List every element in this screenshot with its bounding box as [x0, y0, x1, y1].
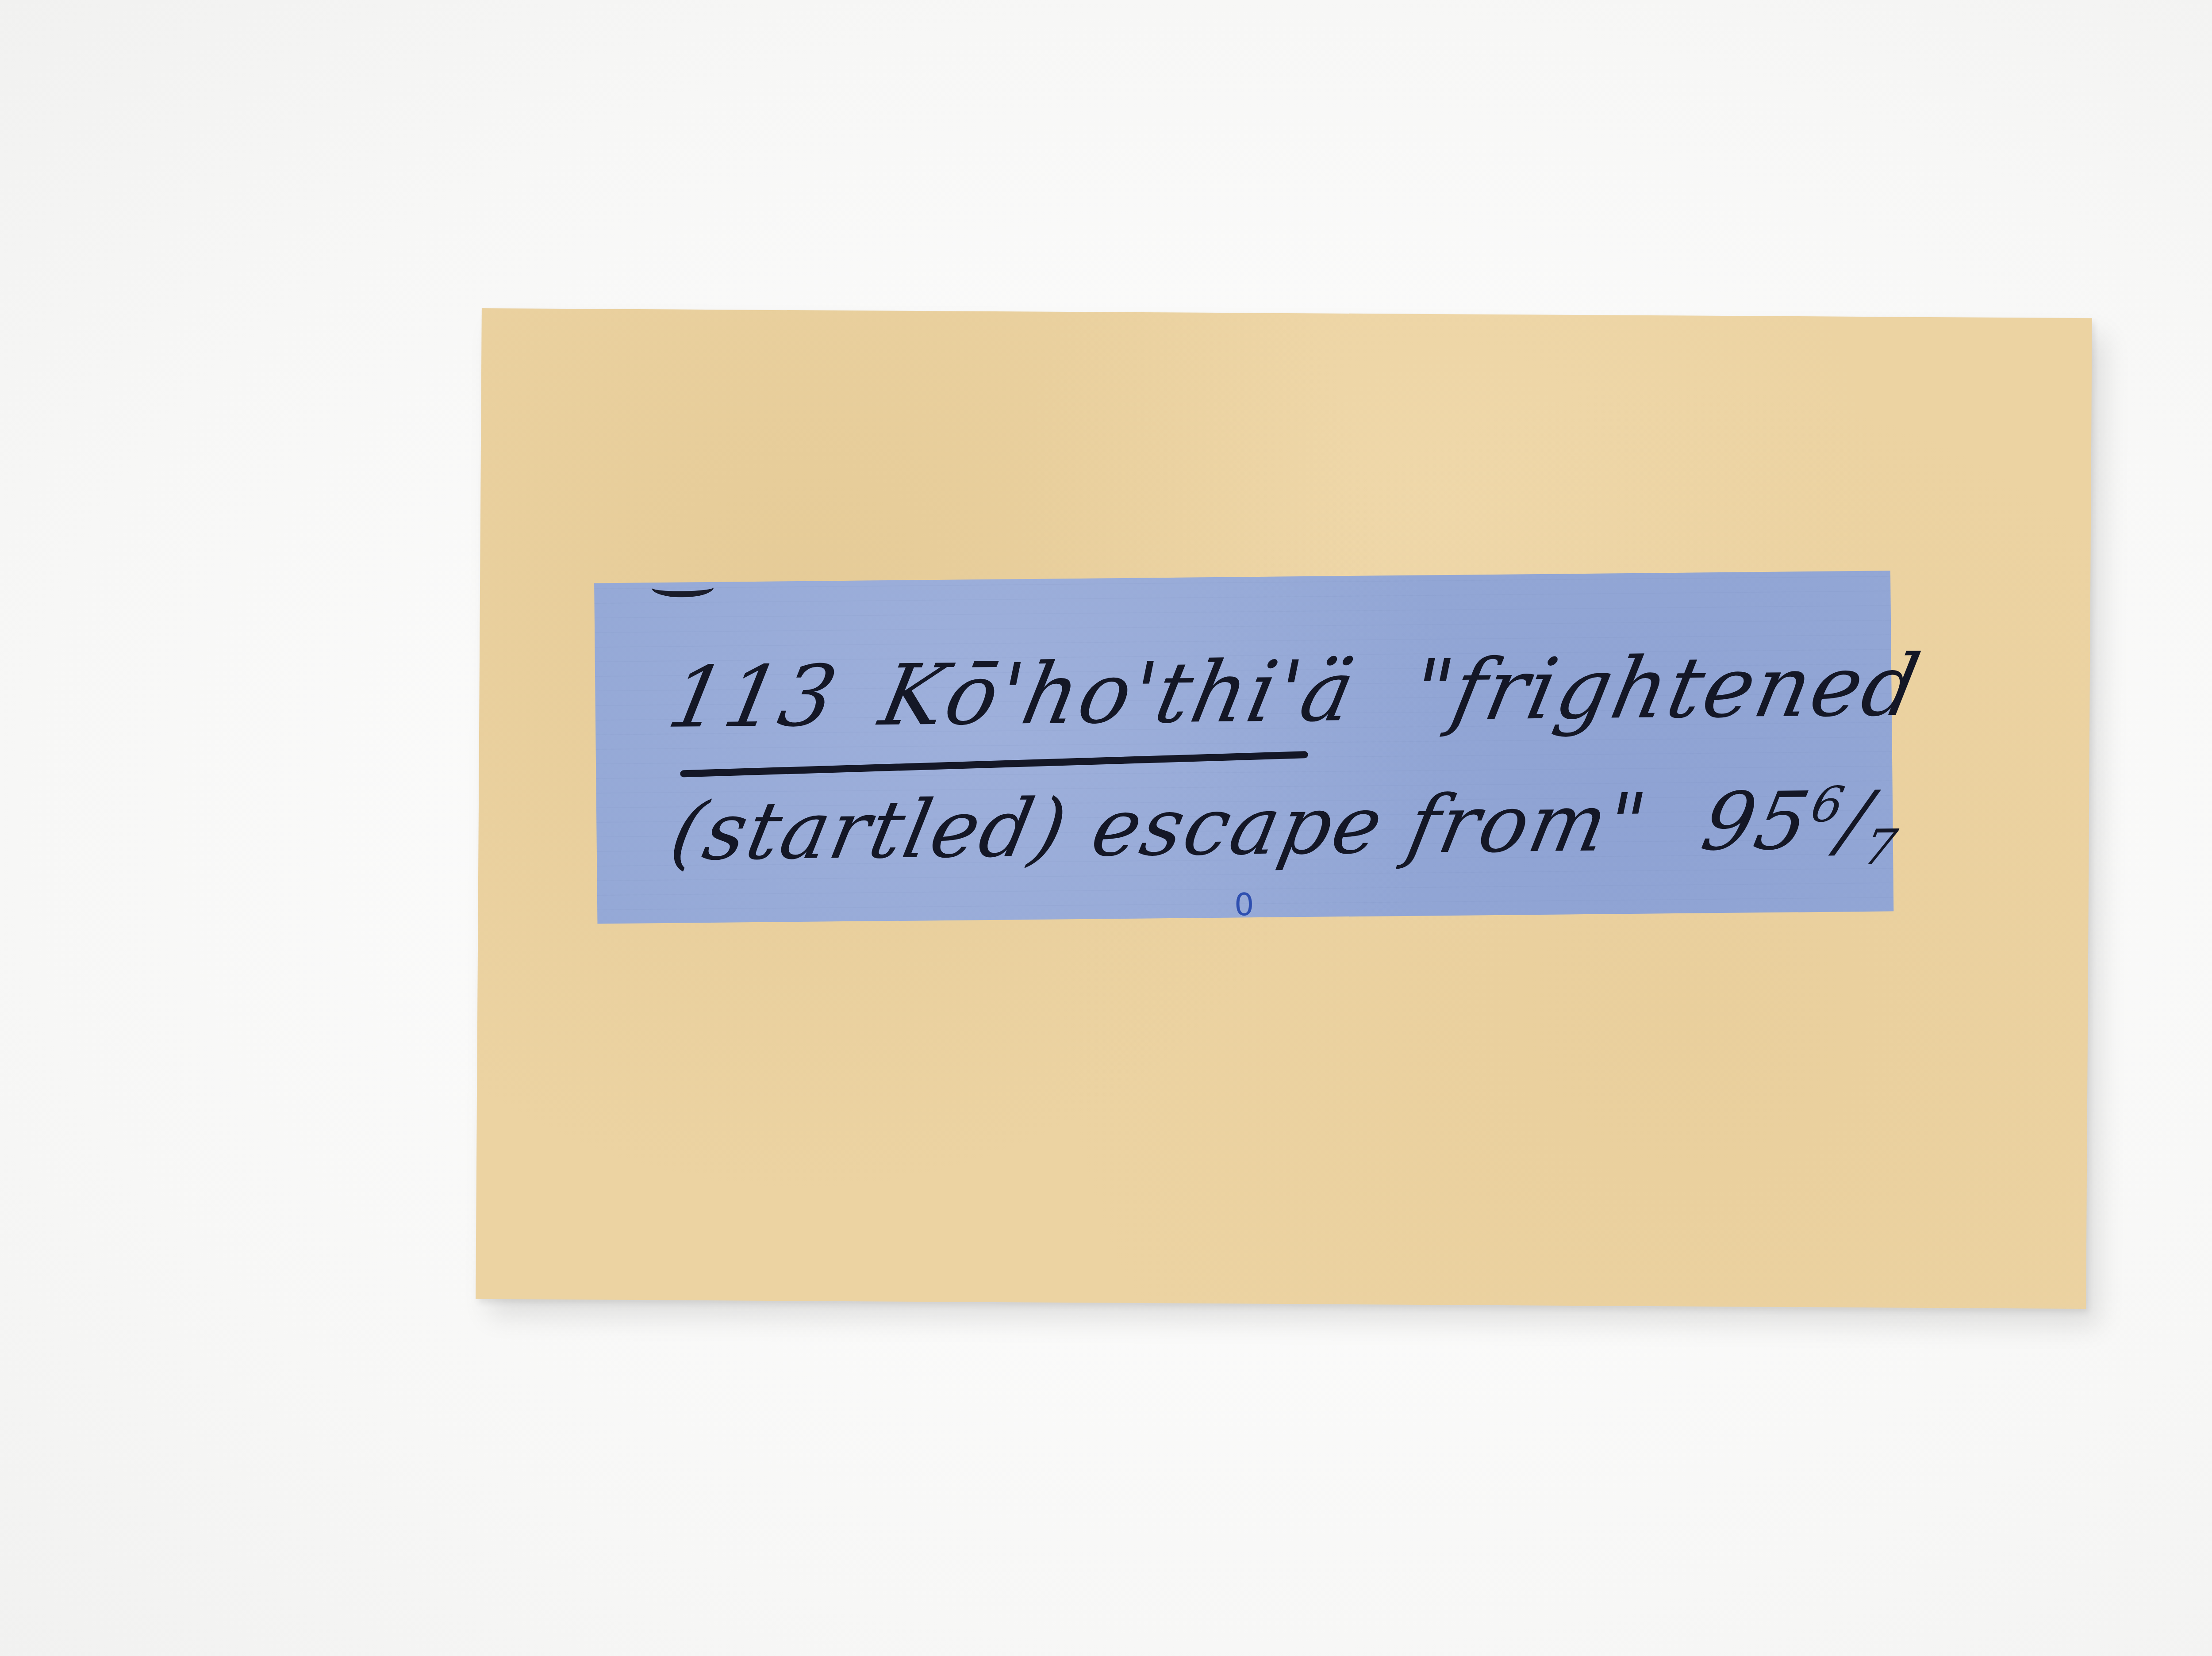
entry-number: 113 [661, 647, 846, 747]
gloss-continued: (startled) escape from" [663, 776, 1655, 878]
headword: Kō'ho'thi'ä [872, 642, 1364, 745]
page-reference: 956/7 [1693, 774, 1912, 878]
blue-paper-slip: 113 Kō'ho'thi'ä "frightened (startled) e… [594, 571, 1893, 924]
gloss-start: "frightened [1404, 637, 1929, 740]
page-ref-sub: 7 [1859, 819, 1903, 876]
manila-card: 113 Kō'ho'thi'ä "frightened (startled) e… [476, 308, 2092, 1309]
slip-line-2: (startled) escape from" 956/7 [661, 774, 1912, 887]
blue-pencil-mark: 0 [1234, 886, 1254, 923]
slip-line-1: 113 Kō'ho'thi'ä "frightened [661, 637, 1929, 747]
headword-underline [680, 751, 1308, 777]
page-ref-main: 95 [1694, 775, 1818, 869]
ink-fragment-mark [652, 578, 714, 598]
